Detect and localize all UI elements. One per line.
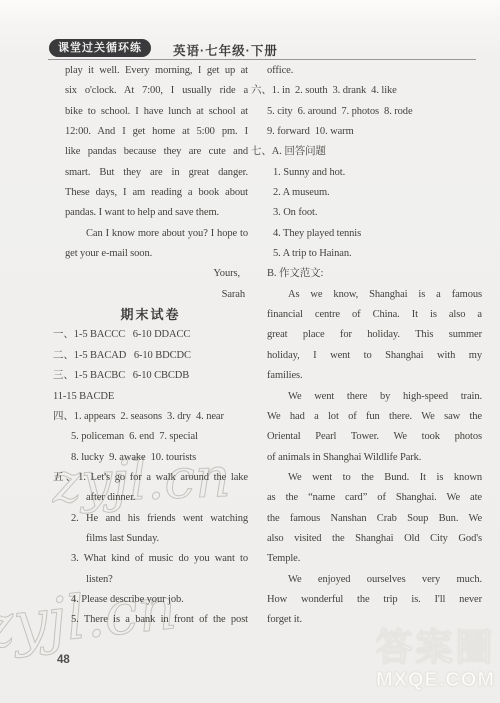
text-line: 二、1-5 BACAD 6-10 BDCDC [53,346,248,366]
text-line: These days, I am reading a book about [65,183,248,203]
text-line: We enjoyed ourselves very much. [267,570,482,590]
text-line: Oriental Pearl Tower. We took photos [267,427,482,447]
text-line: Can I know more about you? I hope to [65,224,248,244]
text-line: B. 作文范文: [267,264,482,284]
text-line: get your e-mail soon. [65,244,248,264]
text-line: How wonderful the trip is. I'll never [267,590,482,610]
text-line: as the “name card” of Shanghai. We ate [267,488,482,508]
text-line: bike to school. I have lunch at school a… [65,102,248,122]
text-line: 3. What kind of music do you want to [71,549,248,569]
text-line: the famous Nanshan Crab Soup Bun. We [267,509,482,529]
text-line: We had a lot of fun there. We saw the [267,407,482,427]
text-line: also visited the Shanghai Old City God's [267,529,482,549]
text-line: 5. A trip to Hainan. [273,244,482,264]
text-line: like pandas because they are cute and [65,142,248,162]
text-line: pandas. I want to help and save them. [65,203,248,223]
text-line: Temple. [267,549,482,569]
series-badge: 课堂过关循环练 [49,39,151,57]
text-line: 9. forward 10. warm [267,122,482,142]
text-line: 四、1. appears 2. seasons 3. dry 4. near [53,407,248,427]
text-line: 3. On foot. [273,203,482,223]
scanned-answer-page: 课堂过关循环练 英语·七年级·下册 zyjl.cn zyjl.cn play i… [0,0,500,703]
text-line: 12:00. And I get home at 5:00 pm. I [65,122,248,142]
answer-circle-logo: 答案圈 [373,628,498,668]
text-line: 三、1-5 BACBC 6-10 CBCDB [53,366,248,386]
text-line: films last Sunday. [86,529,248,549]
text-line: 七、A. 回答问题 [251,142,482,162]
text-line: 2. He and his friends went watching [71,509,248,529]
text-line: 8. lucky 9. awake 10. tourists [71,448,248,468]
text-line: after dinner. [86,488,248,508]
text-line: 期末试卷 [53,305,248,325]
text-line: 4. Please describe your job. [71,590,248,610]
watermark-answer-circle: 答案圈 MXQE.COM [373,628,498,692]
page-number: 48 [57,654,70,666]
text-line: 五、1. Let's go for a walk around the lake [53,468,248,488]
text-line: office. [267,61,482,81]
text-line: forget it. [267,610,482,630]
left-column: play it well. Every morning, I get up at… [53,61,248,631]
text-line: holiday, I went to Shanghai with my [267,346,482,366]
text-line: of animals in Shanghai Wildlife Park. [267,448,482,468]
answer-circle-domain: MXQE.COM [373,668,498,692]
text-line: families. [267,366,482,386]
text-line: 5. city 6. around 7. photos 8. rode [267,102,482,122]
text-line: listen? [86,570,248,590]
text-line: 1. Sunny and hot. [273,163,482,183]
text-line: 2. A museum. [273,183,482,203]
text-line: We went to the Bund. It is known [267,468,482,488]
right-column: office.六、1. in 2. south 3. drank 4. like… [251,61,482,631]
text-line: great place for holiday. This summer [267,325,482,345]
text-line: Sarah [53,285,248,305]
text-line: 六、1. in 2. south 3. drank 4. like [251,81,482,101]
book-title: 英语·七年级·下册 [173,41,278,59]
text-line: 11-15 BACDE [53,387,248,407]
text-line: We went there by high-speed train. [267,387,482,407]
text-line: Yours, [53,264,248,284]
text-line: 一、1-5 BACCC 6-10 DDACC [53,325,248,345]
text-line: 5. policeman 6. end 7. special [71,427,248,447]
text-line: smart. But they are in great danger. [65,163,248,183]
text-line: 4. They played tennis [273,224,482,244]
text-line: As we know, Shanghai is a famous [267,285,482,305]
text-line: play it well. Every morning, I get up at [65,61,248,81]
text-line: 5. There is a bank in front of the post [71,610,248,630]
header-rule [48,59,476,60]
text-line: six o'clock. At 7:00, I usually ride a [65,81,248,101]
text-line: financial centre of China. It is also a [267,305,482,325]
